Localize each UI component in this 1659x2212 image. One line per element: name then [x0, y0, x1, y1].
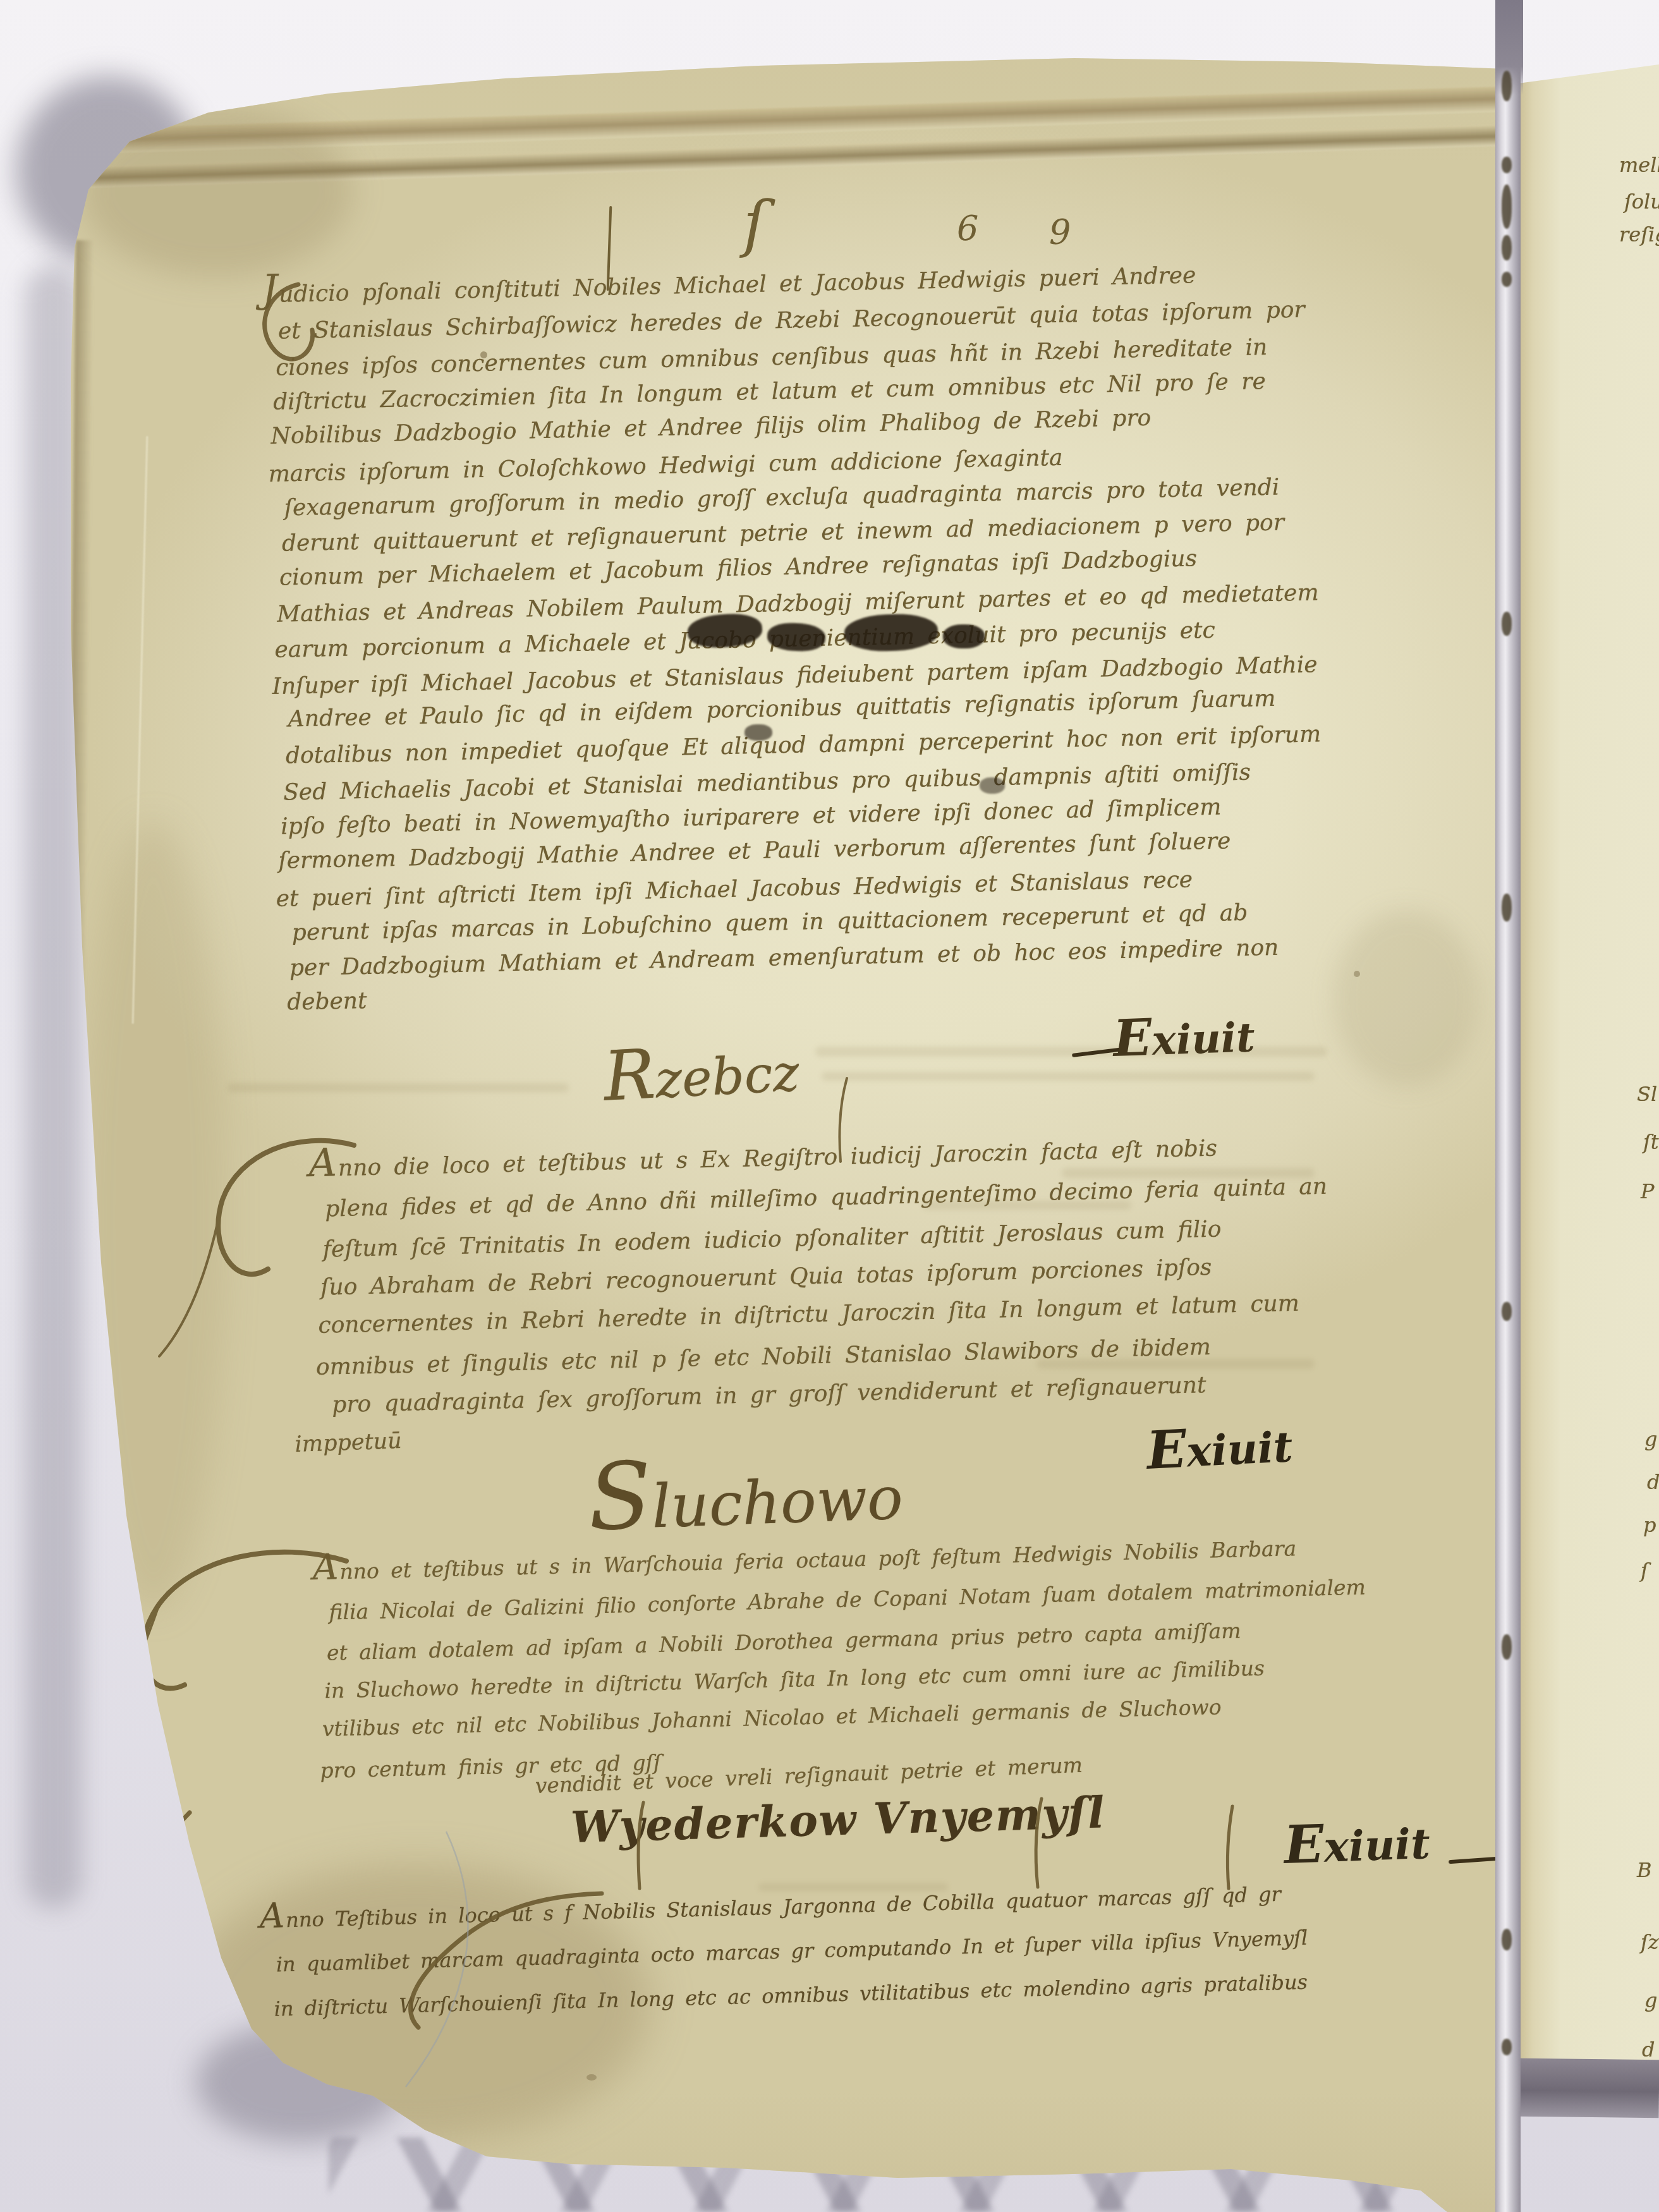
entry2-closing-word: imppetuū	[295, 1428, 402, 1457]
clipped-text-fragment: g	[1644, 1988, 1657, 2012]
ink-blot	[744, 724, 772, 741]
binding-spot	[1502, 157, 1512, 173]
record-entry-wyederkow: Anno Teſtibus in loco ut s f Nobilis Sta…	[265, 1869, 1310, 2029]
exiuit-note-1: Exiuit	[1112, 1004, 1256, 1068]
heading-wyederkow-vnyemysl: Wyederkow Vnyemyſl	[570, 1787, 1106, 1853]
clipped-text-fragment: P	[1641, 1179, 1655, 1203]
clipped-text-fragment: ſolue	[1624, 190, 1659, 214]
clipped-text-fragment: B	[1637, 1858, 1652, 1882]
clipped-text-fragment: d	[1642, 2038, 1655, 2062]
binding-spot	[1502, 612, 1512, 636]
parchment-stain	[81, 822, 226, 1612]
manuscript-scan: melleſoluereſigSlſtPgdpſBſzgd ſ 6 9 Judi…	[0, 0, 1659, 2212]
clipped-text-fragment: d	[1647, 1470, 1659, 1494]
clipped-text-fragment: reſig	[1619, 222, 1659, 246]
binding-spot	[1502, 1302, 1512, 1321]
binding-spot	[1502, 1929, 1512, 1950]
clipped-text-fragment: ſz	[1641, 1930, 1659, 1954]
ink-showthrough	[822, 1072, 1315, 1081]
clipped-text-fragment: Sl	[1637, 1082, 1657, 1106]
manuscript-page: ſ 6 9 Judicio pſonali conſtituti Nobiles…	[0, 0, 1659, 2212]
record-entry-sluchowo: Anno et teſtibus ut s in Warſchouia feri…	[319, 1524, 1370, 1789]
gutter-glass-strip	[1495, 0, 1521, 2212]
ink-speck	[586, 2074, 597, 2081]
ink-showthrough	[228, 1083, 569, 1092]
clipped-text-fragment: g	[1644, 1427, 1657, 1451]
heading-rzebcz: Rzebcz	[602, 1028, 801, 1117]
binding-spot	[1502, 1634, 1512, 1660]
binding-spot	[1502, 185, 1512, 229]
exiuit-note-3: Exiuit	[1283, 1810, 1431, 1876]
binding-spot	[1502, 272, 1512, 287]
clipped-text-fragment: p	[1643, 1513, 1656, 1537]
clipped-text-fragment: melle	[1619, 153, 1659, 177]
binding-spot	[1502, 2039, 1512, 2055]
folio-number-nine: 9	[1049, 212, 1071, 252]
facing-page-bottom-shadow	[1517, 2058, 1659, 2118]
binding-spot	[1502, 235, 1512, 260]
clipped-text-fragment: ſt	[1643, 1130, 1659, 1154]
heading-sluchowo: Sluchowo	[586, 1434, 904, 1552]
folio-mark-long-s: ſ	[743, 188, 766, 260]
ink-speck	[1354, 971, 1360, 977]
record-entry-rebri: Anno die loco et teſtibus ut s Ex Regiſt…	[315, 1122, 1332, 1425]
clipped-text-fragment: ſ	[1641, 1559, 1648, 1583]
folio-number-six: 6	[957, 209, 978, 248]
ink-blot	[943, 624, 985, 648]
exiuit-note-2: Exiuit	[1145, 1413, 1294, 1481]
binding-spot	[1502, 894, 1512, 921]
ink-blot	[980, 777, 1005, 794]
parchment-stain	[1334, 910, 1479, 1087]
binding-spot	[1502, 71, 1512, 101]
